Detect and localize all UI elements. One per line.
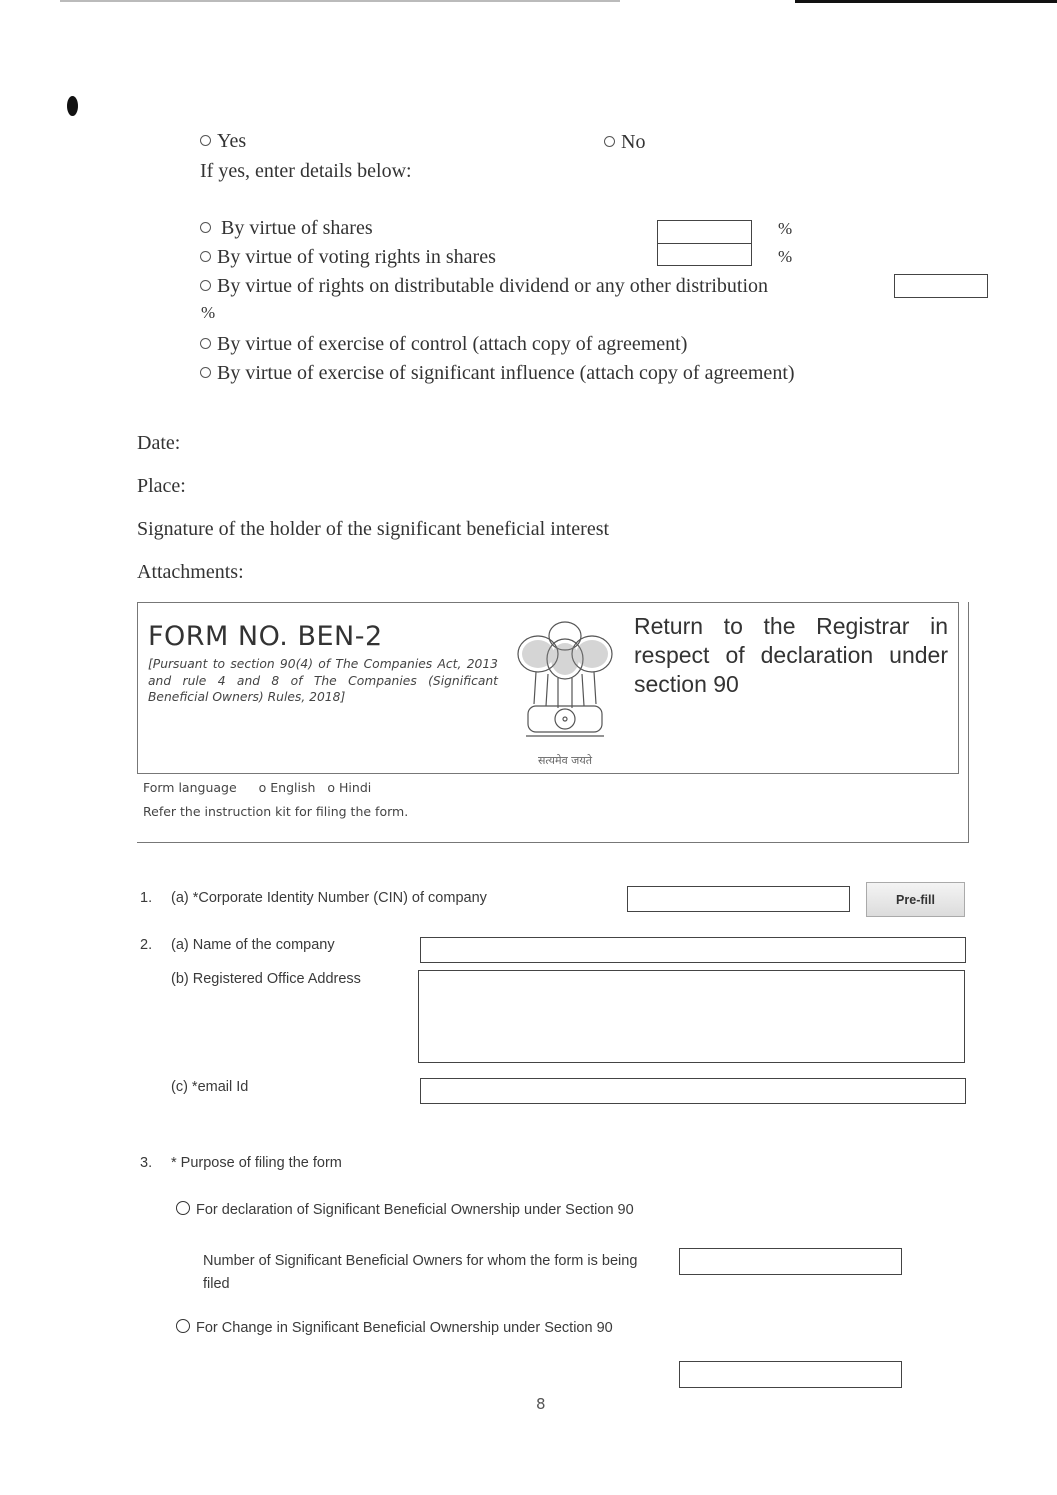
form-number: FORM NO. BEN-2 xyxy=(148,621,383,652)
purpose-option-change[interactable]: For Change in Significant Beneficial Own… xyxy=(176,1320,613,1336)
voting-percent-unit: % xyxy=(778,247,792,267)
date-label: Date: xyxy=(137,432,180,455)
instruction-text: Refer the instruction kit for filing the… xyxy=(143,804,408,819)
option-influence[interactable]: By virtue of exercise of significant inf… xyxy=(200,362,795,385)
option-voting-rights-label: By virtue of voting rights in shares xyxy=(217,246,496,268)
place-label: Place: xyxy=(137,475,186,498)
option-shares-label: By virtue of shares xyxy=(221,217,373,239)
yes-option[interactable]: Yes xyxy=(200,130,246,153)
lang-hindi-label: Hindi xyxy=(339,780,371,795)
shares-percent-unit: % xyxy=(778,219,792,239)
dividend-percent-unit: % xyxy=(201,303,215,323)
no-radio[interactable] xyxy=(604,136,615,147)
form-language-label: Form language xyxy=(143,780,237,795)
no-option[interactable]: No xyxy=(604,131,645,154)
q2-number: 2. xyxy=(140,937,152,953)
punch-hole-mark xyxy=(67,96,78,116)
national-emblem: सत्यमेव जयते xyxy=(508,614,622,766)
address-textarea[interactable] xyxy=(418,970,965,1063)
option-influence-radio[interactable] xyxy=(200,367,211,378)
emblem-motto: सत्यमेव जयते xyxy=(508,753,622,768)
email-input[interactable] xyxy=(420,1078,966,1104)
signature-label: Signature of the holder of the significa… xyxy=(137,518,609,541)
num-owners-input[interactable] xyxy=(679,1248,902,1275)
emblem-icon xyxy=(508,614,622,746)
company-name-input[interactable] xyxy=(420,937,966,963)
scan-edge-mark xyxy=(795,0,1057,3)
form-language-row: Form language o English o Hindi xyxy=(143,780,371,795)
prefill-button-label: Pre-fill xyxy=(896,893,935,907)
option-control[interactable]: By virtue of exercise of control (attach… xyxy=(200,333,687,356)
yes-label: Yes xyxy=(217,130,246,152)
q2c-email-label: (c) *email Id xyxy=(171,1079,248,1095)
change-input[interactable] xyxy=(679,1361,902,1388)
if-yes-text: If yes, enter details below: xyxy=(200,160,412,183)
purpose-change-radio[interactable] xyxy=(176,1319,190,1333)
option-voting-rights-radio[interactable] xyxy=(200,251,211,262)
q3-purpose-label: * Purpose of filing the form xyxy=(171,1155,342,1171)
option-shares[interactable]: By virtue of shares xyxy=(200,217,373,240)
lang-hindi-option[interactable]: o Hindi xyxy=(327,780,371,795)
option-dividend-rights-label: By virtue of rights on distributable div… xyxy=(217,275,768,297)
q1-cin-label: (a) *Corporate Identity Number (CIN) of … xyxy=(171,890,487,906)
option-influence-label: By virtue of exercise of significant inf… xyxy=(217,362,795,384)
shares-percent-input[interactable] xyxy=(657,220,752,245)
q1-number: 1. xyxy=(140,890,152,906)
pursuant-text: [Pursuant to section 90(4) of The Compan… xyxy=(148,656,498,706)
purpose-option-declaration[interactable]: For declaration of Significant Beneficia… xyxy=(176,1202,634,1218)
form-title: Return to the Registrar in respect of de… xyxy=(634,612,948,699)
no-label: No xyxy=(621,131,645,153)
q3-number: 3. xyxy=(140,1155,152,1171)
purpose-declaration-label: For declaration of Significant Beneficia… xyxy=(196,1202,634,1218)
q2b-address-label: (b) Registered Office Address xyxy=(171,971,361,987)
scan-edge-line xyxy=(60,0,620,2)
q2a-company-name-label: (a) Name of the company xyxy=(171,937,335,953)
option-control-radio[interactable] xyxy=(200,338,211,349)
cin-input[interactable] xyxy=(627,886,850,912)
attachments-label: Attachments: xyxy=(137,561,244,584)
yes-radio[interactable] xyxy=(200,135,211,146)
voting-percent-input[interactable] xyxy=(657,243,752,266)
option-dividend-rights[interactable]: By virtue of rights on distributable div… xyxy=(200,275,768,298)
q2c-email-label-text: (c) *email Id xyxy=(171,1079,248,1095)
purpose-change-label: For Change in Significant Beneficial Own… xyxy=(196,1320,613,1336)
lang-english-option[interactable]: o English xyxy=(259,780,316,795)
lang-english-label: English xyxy=(270,780,315,795)
num-owners-label: Number of Significant Beneficial Owners … xyxy=(203,1250,653,1296)
prefill-button[interactable]: Pre-fill xyxy=(866,882,965,917)
option-shares-radio[interactable] xyxy=(200,222,211,233)
option-voting-rights[interactable]: By virtue of voting rights in shares xyxy=(200,246,496,269)
page-number: 8 xyxy=(536,1395,546,1413)
dividend-percent-input[interactable] xyxy=(894,274,988,298)
option-control-label: By virtue of exercise of control (attach… xyxy=(217,333,687,355)
option-dividend-rights-radio[interactable] xyxy=(200,280,211,291)
purpose-declaration-radio[interactable] xyxy=(176,1201,190,1215)
